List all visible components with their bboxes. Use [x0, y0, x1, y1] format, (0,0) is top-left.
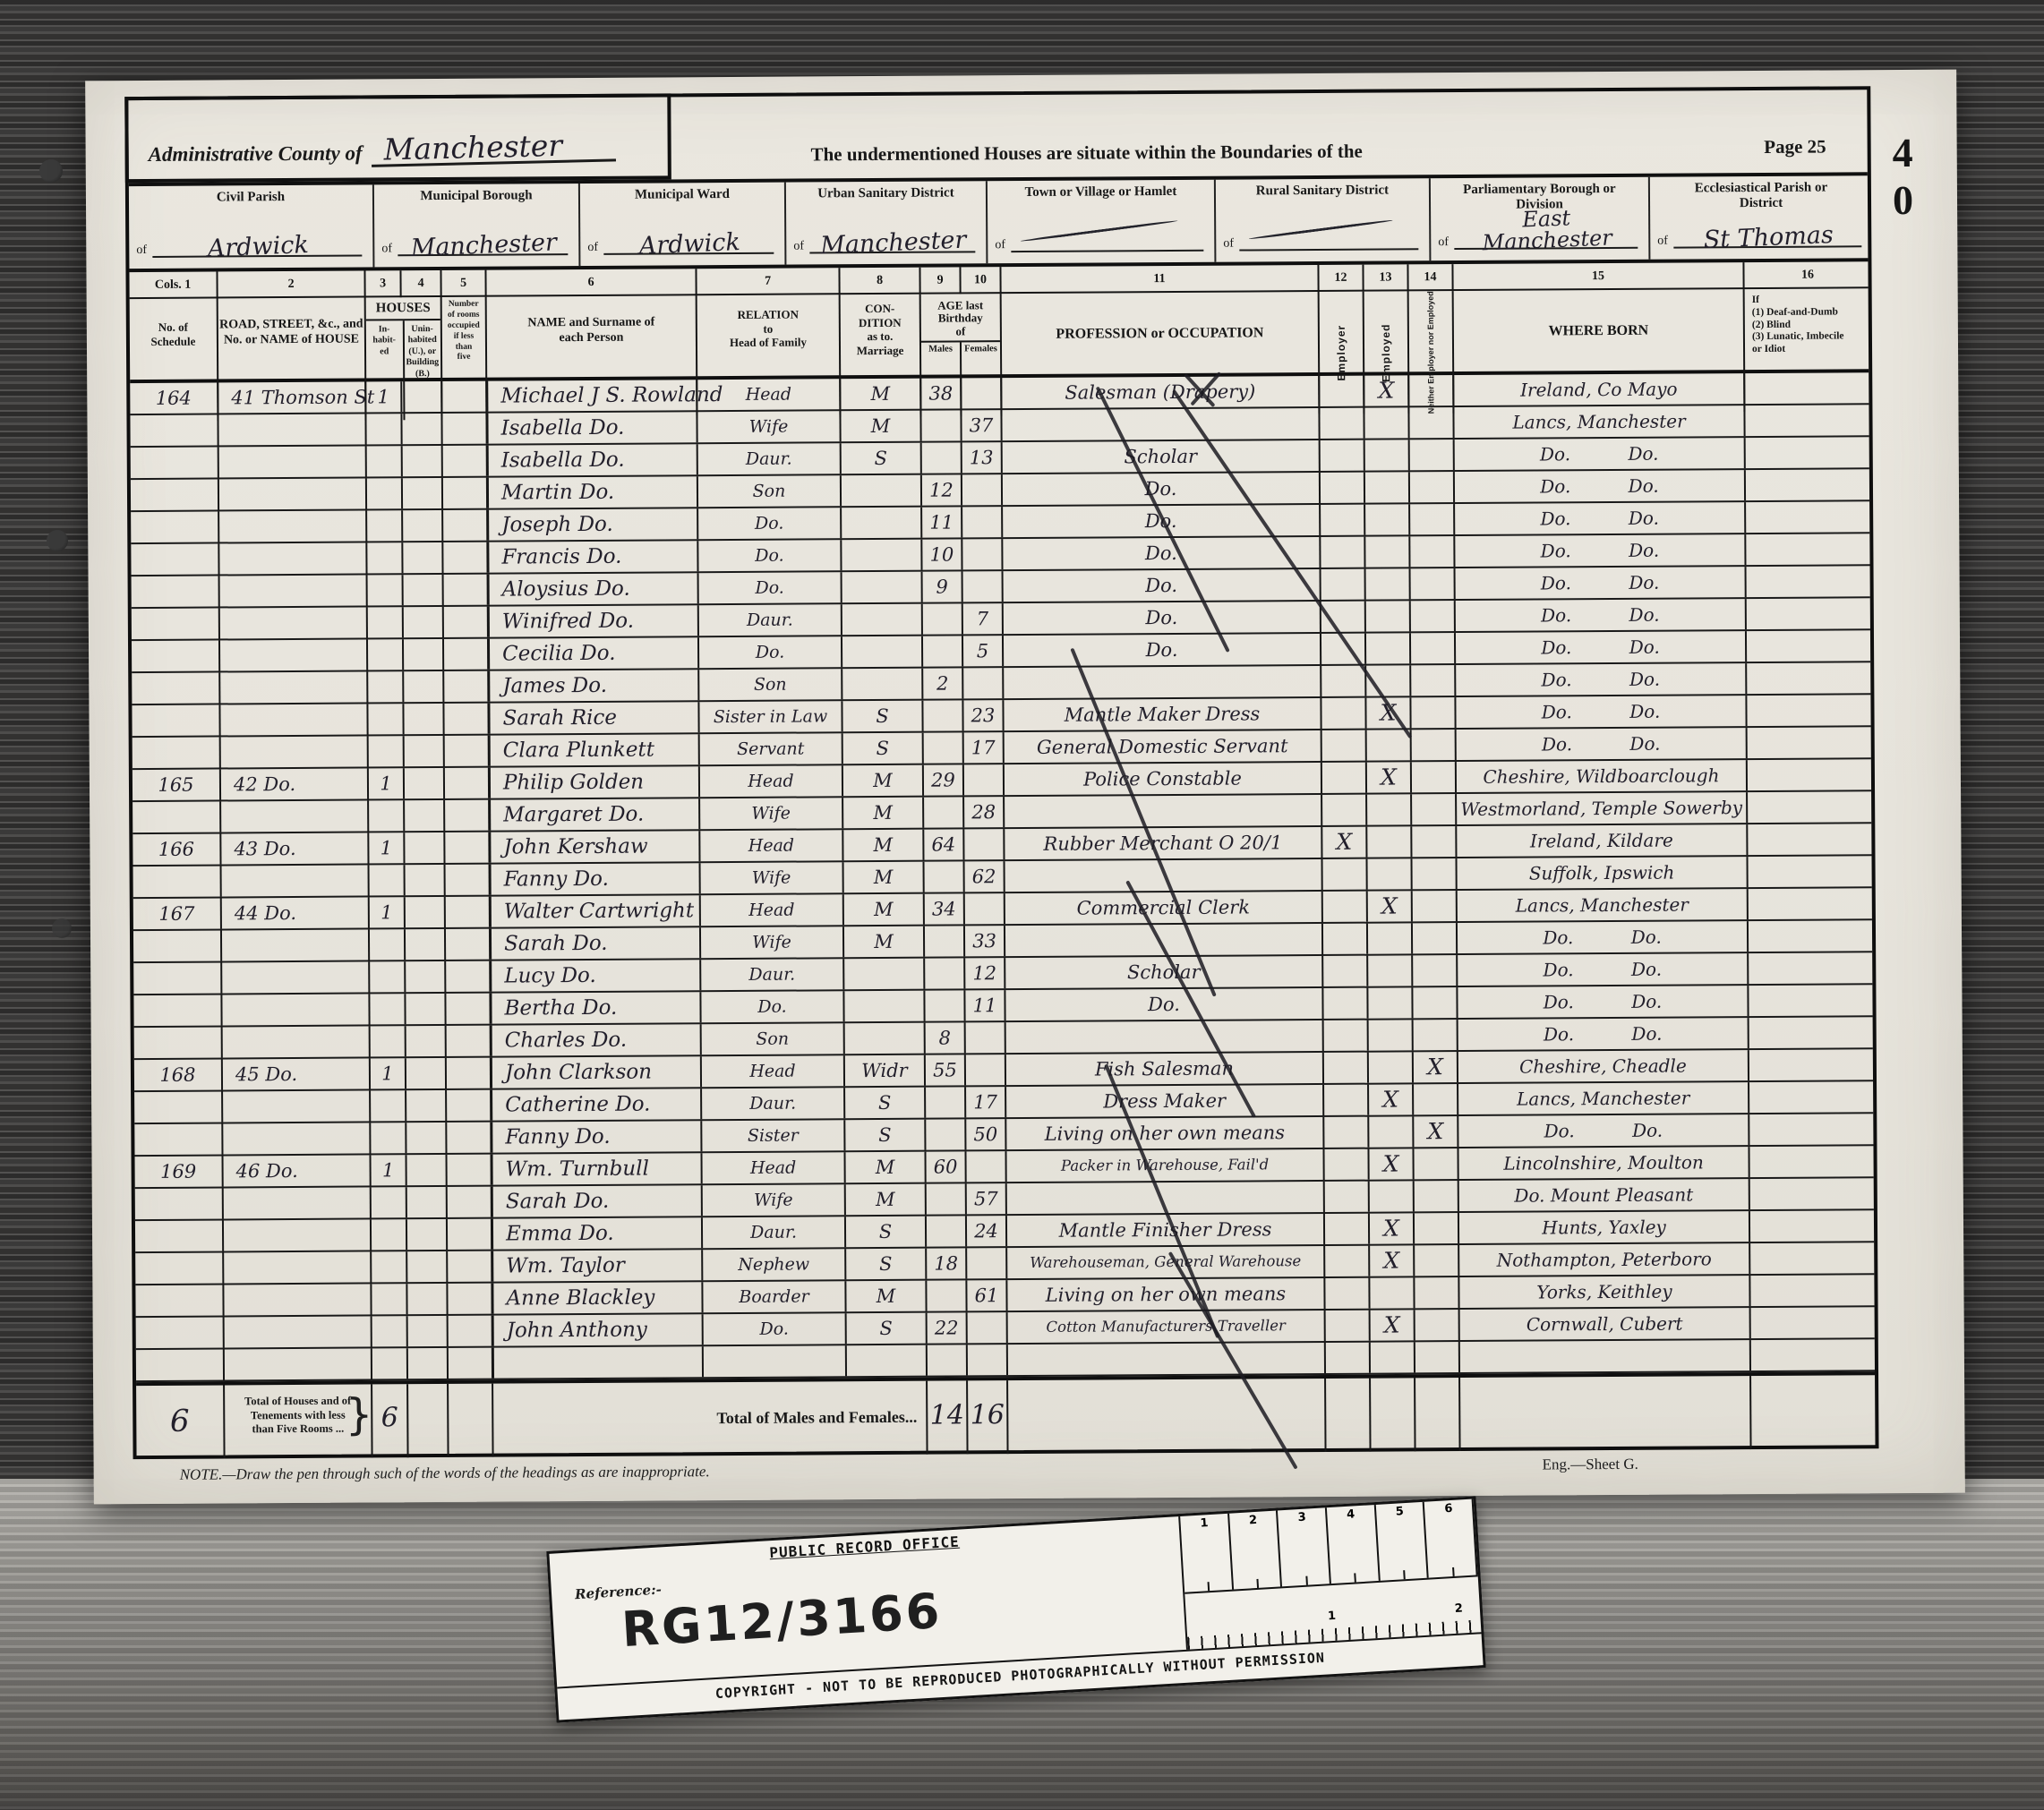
cell-employer-mark: [1320, 698, 1364, 729]
cell-employed-mark: [1364, 633, 1409, 663]
cell-schedule: [132, 641, 218, 672]
column-number: 2: [216, 271, 363, 299]
cell-name: Fanny Do.: [489, 863, 699, 894]
cell-employed-mark: [1365, 826, 1410, 857]
field-value: Manchester: [401, 230, 567, 261]
cell-born: Nothampton, Peterboro: [1458, 1243, 1749, 1276]
cell-age-female: 28: [962, 797, 1003, 827]
cell-relation: Do.: [697, 636, 841, 668]
cell-age-male: [920, 442, 961, 473]
cell-employed-mark: [1367, 1116, 1412, 1147]
cell-road: [219, 800, 367, 832]
county-label: Administrative County of: [149, 142, 363, 166]
field-of: of: [1223, 237, 1234, 252]
cell-schedule: [134, 1027, 221, 1058]
cell-occupation: Packer in Warehouse, Fail'd: [1005, 1149, 1322, 1182]
cell-occupation: Do.: [1002, 569, 1320, 602]
cell-age-male: 55: [924, 1054, 964, 1085]
cell-rooms: [444, 897, 489, 927]
cell-neither-mark: [1409, 568, 1454, 599]
cell-inhabited: 1: [367, 832, 403, 863]
empty-cell: [1414, 1378, 1459, 1451]
cell-born: Do. Do.: [1457, 1018, 1748, 1050]
cell-inhabited: [367, 736, 403, 766]
cell-born: Do. Do.: [1455, 728, 1746, 760]
cell-employer-mark: [1322, 1085, 1367, 1115]
cell-occupation: Do.: [1002, 602, 1320, 634]
column-number: 15: [1451, 262, 1742, 291]
cell-employer-mark: [1321, 763, 1365, 793]
punch-hole: [47, 530, 68, 551]
cell-rooms: [440, 381, 485, 412]
cell-born: Ireland, Kildare: [1455, 824, 1746, 857]
cell-uninhabited: [406, 1219, 446, 1250]
cell-neither-mark: [1408, 440, 1453, 470]
cell-uninhabited: [405, 1058, 445, 1089]
cell-relation: Head: [700, 1152, 843, 1183]
cell-inhabited: [370, 1284, 406, 1314]
cell-rooms: [447, 1316, 492, 1346]
cell-neither-mark: [1409, 601, 1454, 631]
cell-employer-mark: [1320, 569, 1364, 600]
cell-inhabited: [370, 1219, 406, 1250]
cell-name: Wm. Turnbull: [490, 1153, 700, 1184]
cell-road: [222, 1219, 370, 1251]
cell-age-male: 2: [921, 668, 962, 698]
cell-age-male: 64: [922, 829, 962, 859]
cell-name: Isabella Do.: [486, 444, 697, 475]
cell-schedule: [133, 801, 219, 832]
cell-occupation: Mantle Finisher Dress: [1005, 1214, 1323, 1246]
ruler-inch-label: 1: [1328, 1609, 1337, 1624]
cell-infirmities: [1746, 791, 1874, 823]
cell-relation: Wife: [701, 1184, 844, 1216]
cell-employer-mark: [1319, 473, 1364, 503]
cell-born: Do. Do.: [1454, 631, 1745, 663]
cell-born: Cheshire, Wildboarclough: [1455, 760, 1746, 792]
cell-age-female: [961, 474, 1001, 505]
cell-infirmities: [1746, 824, 1874, 855]
total-males: 14: [926, 1380, 967, 1454]
cell-neither-mark: [1412, 1148, 1457, 1179]
cell-infirmities: [1749, 1242, 1877, 1274]
cell-born: Cornwall, Cubert: [1458, 1308, 1749, 1340]
empty-cell: [1749, 1375, 1877, 1449]
cell-relation: Head: [698, 765, 842, 797]
cell-condition: [840, 508, 920, 539]
cell-employer-mark: [1322, 1053, 1367, 1083]
cell-condition: S: [844, 1249, 925, 1280]
cell-infirmities: [1747, 952, 1875, 984]
cell-schedule: [131, 544, 218, 576]
cell-occupation: Mantle Maker Dress: [1002, 698, 1320, 730]
cell-age-male: [923, 958, 963, 988]
cell-road: [222, 1251, 370, 1283]
cell-condition: M: [844, 1184, 925, 1216]
field-value: Manchester: [813, 227, 974, 258]
cell-condition: [841, 669, 921, 700]
cell-condition: [841, 572, 921, 603]
field-of: of: [1438, 235, 1449, 250]
cell-age-female: 24: [965, 1216, 1005, 1246]
cell-condition: S: [843, 1120, 924, 1151]
cell-employer-mark: [1318, 376, 1363, 406]
census-rows: 16441 Thomson St1Michael J S. RowlandHea…: [130, 372, 1875, 1382]
cell-age-male: 10: [920, 539, 961, 569]
cell-condition: S: [843, 1088, 924, 1119]
cell-rooms: [445, 1123, 490, 1153]
cell-uninhabited: [401, 478, 441, 508]
field-of: of: [793, 239, 804, 253]
ruler-segment: 1: [1180, 1514, 1234, 1592]
cell-relation: Head: [696, 379, 839, 410]
cell-occupation: Living on her own means: [1005, 1117, 1322, 1149]
cell-name: Sarah Do.: [489, 927, 699, 959]
cell-rooms: [442, 671, 487, 702]
field-of: of: [587, 241, 598, 255]
cell-name: Margaret Do.: [488, 798, 698, 830]
cell-neither-mark: [1407, 375, 1452, 406]
cell-schedule: [136, 1317, 223, 1348]
cell-road: [218, 639, 366, 670]
cell-age-female: 50: [964, 1119, 1005, 1149]
cell-infirmities: [1744, 437, 1872, 468]
cell-employer-mark: [1321, 795, 1365, 825]
field-rule: [1011, 250, 1203, 252]
cell-employed-mark: X: [1368, 1245, 1413, 1276]
field-town-village-hamlet: Town or Village or Hamlet of: [986, 180, 1215, 264]
total-houses-label-cell: Total of Houses and of Tenements with le…: [223, 1384, 371, 1458]
field-parliamentary-borough: Parliamentary Borough or Division of Eas…: [1429, 177, 1649, 260]
cell-name: Michael J S. Rowland: [485, 380, 696, 411]
cell-age-female: [962, 571, 1002, 602]
cell-born: Do. Mount Pleasant: [1458, 1179, 1749, 1211]
cell-age-male: 60: [924, 1151, 964, 1182]
header-employer-label: Employer: [1335, 325, 1347, 381]
header-houses-title: HOUSES: [366, 297, 440, 316]
cell-inhabited: 1: [369, 1155, 405, 1185]
cell-uninhabited: [404, 994, 444, 1024]
cell-uninhabited: [404, 929, 444, 960]
cell-uninhabited: [406, 1348, 447, 1379]
cell-uninhabited: [403, 736, 443, 766]
cell-rooms: [445, 1058, 490, 1089]
cell-born: Do. Do.: [1453, 470, 1744, 502]
cell-employed-mark: [1365, 858, 1410, 889]
cell-uninhabited: [401, 446, 441, 476]
cell-age-female: [962, 764, 1003, 795]
cell-inhabited: [371, 1316, 406, 1346]
cell-infirmities: [1746, 759, 1874, 790]
ruler-segment: 6: [1424, 1499, 1478, 1578]
cell-born: Ireland, Co Mayo: [1452, 373, 1743, 406]
cell-rooms: [445, 1026, 490, 1056]
empty-cell: [406, 1384, 448, 1457]
ruler-segment: 5: [1375, 1502, 1429, 1581]
cell-road: [223, 1316, 371, 1347]
cell-condition: [845, 1345, 926, 1377]
cell-born: Do. Do.: [1454, 599, 1745, 631]
cell-age-female: 11: [963, 990, 1004, 1020]
cell-employed-mark: [1366, 955, 1411, 986]
cell-road: [218, 671, 366, 703]
cell-name: [492, 1346, 702, 1378]
census-scan-page: { "page": { "county_label": "Administrat…: [0, 0, 2044, 1810]
cell-employed-mark: [1367, 1052, 1412, 1082]
cell-name: Aloysius Do.: [487, 573, 697, 604]
cell-born: Do. Do.: [1453, 438, 1744, 470]
cell-schedule: [132, 576, 218, 608]
cell-condition: M: [842, 798, 922, 829]
cell-inhabited: 1: [369, 1058, 405, 1089]
cell-condition: [840, 475, 920, 507]
cell-road: [218, 575, 366, 606]
cell-schedule: [135, 1188, 222, 1219]
cell-condition: [840, 540, 920, 571]
cell-employed-mark: [1368, 1277, 1413, 1308]
cell-neither-mark: X: [1412, 1116, 1457, 1147]
cell-employed-mark: X: [1367, 1148, 1412, 1179]
cell-age-female: [963, 893, 1004, 924]
cell-employed-mark: [1367, 1020, 1412, 1050]
field-value: Ardwick: [156, 231, 361, 263]
column-number: 7: [695, 268, 838, 295]
column-number: 14: [1407, 264, 1451, 291]
cell-occupation: Do.: [1001, 473, 1319, 505]
cell-age-female: 33: [963, 926, 1004, 956]
cell-inhabited: [365, 542, 401, 573]
cell-condition: S: [844, 1217, 925, 1248]
cell-employer-mark: [1321, 924, 1366, 954]
brace-glyph: }: [346, 1389, 373, 1439]
cell-employer-mark: [1321, 859, 1366, 890]
cell-occupation: Scholar: [1004, 956, 1321, 988]
cell-infirmities: [1747, 985, 1875, 1016]
cell-road: [221, 1026, 369, 1057]
cell-rooms: [443, 768, 488, 798]
cell-relation: Daur.: [697, 443, 840, 474]
cell-age-female: 37: [960, 410, 1000, 440]
cell-relation: Sister: [700, 1120, 843, 1151]
cell-neither-mark: [1413, 1245, 1458, 1276]
cell-relation: Do.: [699, 991, 842, 1022]
form-frame: Administrative County of Manchester The …: [124, 86, 1878, 1459]
cell-relation: Servant: [698, 733, 842, 764]
cell-uninhabited: [401, 542, 441, 573]
cell-occupation: Living on her own means: [1005, 1278, 1323, 1311]
cell-road: [218, 510, 365, 542]
cell-schedule: [130, 415, 217, 447]
cell-age-female: [961, 539, 1001, 569]
boundary-text: The undermentioned Houses are situate wi…: [702, 140, 1472, 166]
field-municipal-borough: Municipal Borough of Manchester: [372, 184, 579, 267]
cell-rooms: [442, 639, 487, 670]
column-number: 6: [484, 269, 695, 296]
cell-age-male: 9: [921, 571, 962, 602]
cell-name: Clara Plunkett: [488, 734, 698, 765]
cell-rooms: [441, 446, 486, 476]
cell-occupation: Fish Salesman: [1005, 1053, 1322, 1085]
stamp-reference-number: RG12/3166: [620, 1583, 944, 1658]
cell-employer-mark: [1323, 1246, 1368, 1276]
cell-road: [222, 1187, 370, 1218]
cell-schedule: 168: [134, 1059, 221, 1090]
cell-born: Lancs, Manchester: [1457, 1082, 1748, 1114]
county-value: Manchester: [371, 129, 616, 166]
cell-relation: Son: [697, 669, 841, 700]
cell-uninhabited: [401, 510, 441, 541]
cell-relation: Head: [699, 894, 842, 926]
cell-relation: Head: [700, 1055, 843, 1087]
cell-born: Do. Do.: [1457, 1114, 1748, 1147]
cell-road: [218, 607, 366, 638]
field-of: of: [381, 242, 392, 256]
cell-condition: Widr: [843, 1055, 924, 1087]
cell-uninhabited: [406, 1251, 446, 1282]
total-tenements: 6: [371, 1384, 407, 1457]
cell-name: John Kershaw: [488, 831, 698, 862]
cell-relation: Son: [700, 1023, 843, 1054]
cell-relation: Daur.: [697, 604, 841, 636]
cell-employed-mark: [1366, 923, 1411, 953]
cell-uninhabited: [402, 704, 442, 734]
cell-schedule: [131, 512, 218, 543]
sheet-reference: Eng.—Sheet G.: [1543, 1456, 1638, 1474]
cell-relation: Wife: [699, 862, 842, 893]
cell-infirmities: [1747, 888, 1875, 919]
cell-relation: Do.: [697, 572, 841, 603]
field-label: Rural Sanitary District: [1216, 183, 1429, 200]
cell-road: 44 Do.: [220, 897, 368, 928]
field-of: of: [1657, 235, 1668, 249]
cell-name: Sarah Do.: [491, 1185, 701, 1217]
cell-name: Isabella Do.: [485, 412, 696, 443]
cell-rooms: [446, 1219, 491, 1250]
cell-uninhabited: [402, 607, 442, 637]
cell-uninhabited: [406, 1284, 446, 1314]
cell-name: Fanny Do.: [490, 1121, 700, 1152]
cell-born: Lincolnshire, Moulton: [1457, 1147, 1748, 1179]
cell-occupation: [1000, 408, 1318, 440]
cell-neither-mark: [1410, 794, 1455, 824]
cell-schedule: [132, 609, 218, 640]
cell-neither-mark: [1410, 826, 1455, 857]
cell-condition: M: [844, 1281, 925, 1312]
cell-age-female: [966, 1312, 1006, 1343]
cell-road: [221, 1090, 369, 1122]
cell-rooms: [441, 510, 486, 541]
cell-inhabited: [370, 1251, 406, 1282]
cell-infirmities: [1745, 598, 1873, 629]
cell-name: Bertha Do.: [489, 992, 699, 1023]
cell-employer-mark: [1322, 1149, 1367, 1180]
empty-cell: [447, 1384, 492, 1457]
cell-neither-mark: [1414, 1310, 1458, 1340]
cell-neither-mark: [1411, 987, 1456, 1018]
cell-neither-mark: [1413, 1277, 1458, 1308]
cell-infirmities: [1743, 405, 1871, 436]
cell-born: Do. Do.: [1454, 663, 1745, 696]
cell-employed-mark: X: [1367, 1084, 1412, 1114]
cell-occupation: Warehouseman, General Warehouse: [1005, 1246, 1323, 1278]
cell-age-male: [922, 732, 962, 763]
header-employed-label: Employed: [1380, 323, 1392, 381]
cell-schedule: [132, 673, 218, 704]
cell-schedule: [131, 480, 218, 511]
cell-rooms: [443, 800, 488, 831]
cell-schedule: [134, 1091, 221, 1123]
punch-hole: [39, 159, 63, 183]
cell-schedule: [133, 866, 220, 897]
cell-age-female: 17: [962, 732, 1003, 763]
cell-employed-mark: [1364, 504, 1408, 534]
cell-employed-mark: [1365, 730, 1410, 760]
cell-inhabited: [368, 961, 404, 992]
field-ecclesiastical-parish: Ecclesiastical Parish or District of St …: [1648, 175, 1873, 260]
field-of: of: [136, 243, 147, 258]
cell-rooms: [444, 929, 489, 960]
cell-age-female: 17: [964, 1087, 1005, 1117]
cell-age-male: 11: [920, 507, 961, 537]
cell-uninhabited: [404, 865, 444, 895]
county-box: Administrative County of Manchester: [124, 93, 671, 183]
form-note: NOTE.—Draw the pen through such of the w…: [180, 1463, 710, 1484]
cell-rooms: [446, 1284, 491, 1314]
field-label: Town or Village or Hamlet: [988, 184, 1214, 201]
cell-uninhabited: [402, 639, 442, 670]
cell-uninhabited: [403, 800, 443, 831]
cell-neither-mark: [1414, 1342, 1458, 1372]
cell-age-male: 12: [920, 474, 961, 505]
field-label: Urban Sanitary District: [786, 185, 986, 202]
cell-condition: [842, 991, 923, 1022]
cell-neither-mark: [1410, 858, 1455, 889]
cell-schedule: [132, 704, 218, 736]
cell-occupation: Do.: [1002, 634, 1320, 666]
cell-age-male: [919, 410, 960, 440]
cell-rooms: [441, 542, 486, 573]
cell-employer-mark: [1323, 1214, 1368, 1244]
cell-infirmities: [1745, 662, 1873, 694]
cell-age-female: [964, 1151, 1005, 1182]
cell-condition: M: [839, 379, 919, 410]
cell-road: [223, 1348, 371, 1379]
cell-age-male: [921, 603, 962, 634]
cell-age-male: 34: [923, 893, 963, 924]
cell-age-male: [923, 926, 963, 956]
cell-uninhabited: [405, 1090, 445, 1121]
cell-schedule: [136, 1349, 223, 1380]
ruler-segment: 2: [1229, 1510, 1283, 1589]
cell-schedule: 169: [135, 1156, 222, 1187]
cell-employer-mark: [1324, 1343, 1369, 1373]
ruler-inch-label: 2: [1454, 1601, 1463, 1616]
cell-inhabited: [371, 1348, 406, 1379]
cell-inhabited: [367, 800, 403, 831]
cell-occupation: Rubber Merchant O 20/1: [1003, 827, 1321, 859]
cell-condition: [843, 1023, 924, 1054]
cell-age-male: [922, 797, 962, 827]
column-number: 4: [399, 270, 440, 297]
field-label: Municipal Ward: [580, 187, 784, 204]
cell-occupation: Salesman (Drapery): [1000, 376, 1318, 408]
cell-road: [220, 961, 368, 993]
cell-uninhabited: [406, 1187, 446, 1217]
cell-age-female: [960, 378, 1000, 408]
cell-inhabited: [366, 671, 402, 702]
cell-employed-mark: [1364, 440, 1408, 470]
cell-rooms: [446, 1187, 491, 1217]
